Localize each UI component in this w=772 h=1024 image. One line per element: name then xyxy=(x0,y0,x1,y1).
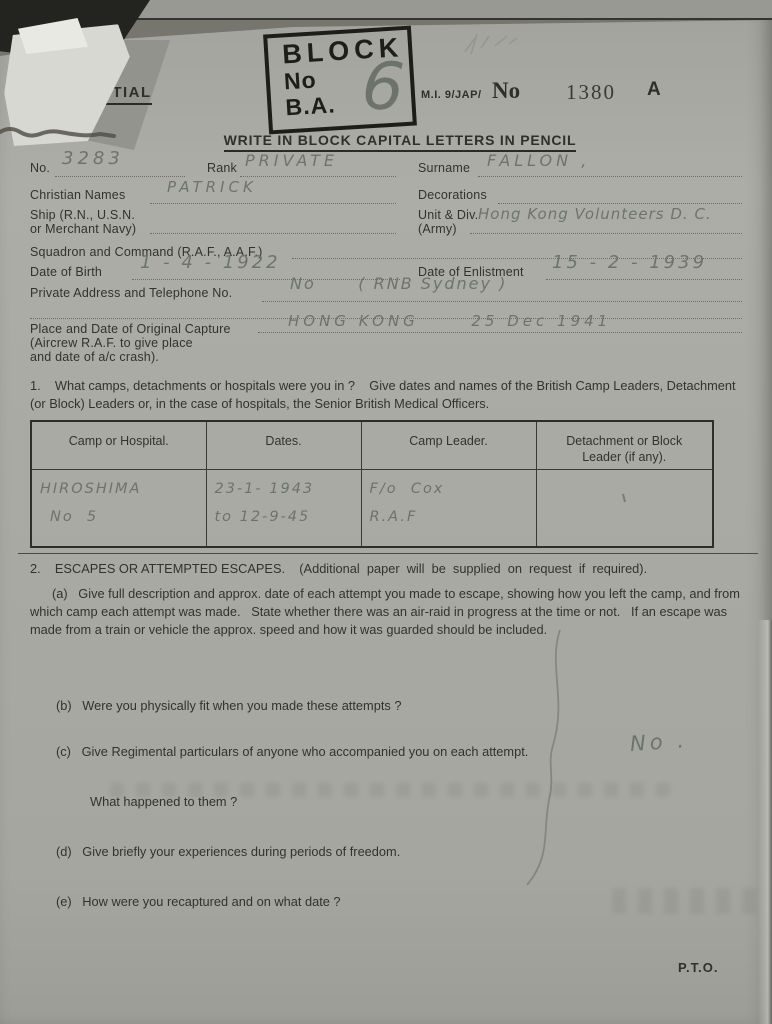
field-label-ship-line2: or Merchant Navy) xyxy=(30,222,136,236)
field-value-no: 3283 xyxy=(62,148,124,169)
cell-leader: F/o Cox R.A.F xyxy=(361,470,536,548)
faint-pencil-scribble xyxy=(455,22,555,62)
field-label-date-of-birth: Date of Birth xyxy=(30,265,102,279)
question-e: (e) How were you recaptured and on what … xyxy=(56,893,616,911)
question-1: 1. What camps, detachments or hospitals … xyxy=(30,377,746,413)
form-instruction: WRITE IN BLOCK CAPITAL LETTERS IN PENCIL xyxy=(170,132,630,148)
dates-line1: 23-1- 1943 xyxy=(215,476,353,504)
camp-name-line1: HIROSHIMA xyxy=(40,476,198,504)
serial-suffix: A xyxy=(647,79,662,101)
field-label-capture-line3: and date of a/c crash). xyxy=(30,350,159,364)
serial-number: 1380 xyxy=(566,80,616,105)
camps-table-header-row: Camp or Hospital. Dates. Camp Leader. De… xyxy=(31,421,713,470)
camp-name-line2: No 5 xyxy=(40,504,198,532)
page-right-edge xyxy=(758,620,772,1024)
bleed-through-band-2 xyxy=(612,888,762,914)
field-value-unit-div: Hong Kong Volunteers D. C. xyxy=(478,205,712,223)
field-value-date-of-enlistment: 15 - 2 - 1939 xyxy=(552,252,707,273)
rule-no xyxy=(55,176,185,177)
divider-under-table xyxy=(18,553,758,554)
field-label-no: No. xyxy=(30,161,50,175)
leader-line1: F/o Cox xyxy=(370,476,528,504)
field-label-capture-line2: (Aircrew R.A.F. to give place xyxy=(30,336,193,350)
cell-dates: 23-1- 1943 to 12-9-45 xyxy=(206,470,361,548)
rule-decorations xyxy=(498,203,742,204)
cell-camp: HIROSHIMA No 5 xyxy=(31,470,206,548)
field-label-capture-line1: Place and Date of Original Capture xyxy=(30,322,231,336)
rule-rank xyxy=(240,176,396,177)
serial-no-label: No xyxy=(492,78,520,104)
field-label-private-address: Private Address and Telephone No. xyxy=(30,286,232,300)
rule-ship xyxy=(150,233,396,234)
serial-prefix: M.I. 9/JAP/ xyxy=(421,89,482,101)
cell-detachment xyxy=(536,470,713,548)
field-label-unit-div-line2: (Army) xyxy=(418,222,457,236)
field-label-decorations: Decorations xyxy=(418,188,487,202)
field-label-ship-line1: Ship (R.N., U.S.N. xyxy=(30,208,135,222)
col-header-dates: Dates. xyxy=(206,421,361,470)
leader-line2: R.A.F xyxy=(370,504,528,532)
pto-label: P.T.O. xyxy=(678,960,718,975)
rule-surname xyxy=(478,176,742,177)
field-value-rank: PRIVATE xyxy=(245,151,338,170)
rule-date-of-enlistment xyxy=(546,279,742,280)
field-value-christian-names: PATRICK xyxy=(167,178,257,196)
camps-table: Camp or Hospital. Dates. Camp Leader. De… xyxy=(30,420,714,548)
field-value-capture: HONG KONG 25 Dec 1941 xyxy=(288,312,611,330)
field-value-surname: FALLON , xyxy=(487,151,590,170)
pencil-tick-mark xyxy=(614,490,634,510)
pencil-brace xyxy=(515,625,585,895)
handwritten-block-number: 6 xyxy=(359,47,406,127)
handwritten-answer-no: No . xyxy=(629,728,688,756)
rule-christian-names xyxy=(150,203,396,204)
field-label-christian-names: Christian Names xyxy=(30,188,125,202)
col-header-leader: Camp Leader. xyxy=(361,421,536,470)
section2-para-a: (a) Give full description and approx. da… xyxy=(30,585,752,639)
section2-heading: 2. ESCAPES OR ATTEMPTED ESCAPES. (Additi… xyxy=(30,560,746,578)
dates-line2: to 12-9-45 xyxy=(215,504,353,532)
binding-thread xyxy=(0,116,120,146)
field-label-unit-div-line1: Unit & Div. xyxy=(418,208,478,222)
col-header-camp: Camp or Hospital. xyxy=(31,421,206,470)
field-value-private-address: No ( RNB Sydney ) xyxy=(290,274,507,293)
field-label-rank: Rank xyxy=(207,161,237,175)
col-header-detachment: Detachment or Block Leader (if any). xyxy=(536,421,713,470)
rule-capture xyxy=(258,332,742,333)
bleed-through-band-1 xyxy=(110,783,670,797)
rule-unit-div xyxy=(470,233,742,234)
rule-private-address xyxy=(262,301,742,302)
field-label-surname: Surname xyxy=(418,161,470,175)
camps-table-data-row: HIROSHIMA No 5 23-1- 1943 to 12-9-45 F/o… xyxy=(31,470,713,548)
field-value-date-of-birth: 1 - 4 - 1922 xyxy=(140,252,281,273)
